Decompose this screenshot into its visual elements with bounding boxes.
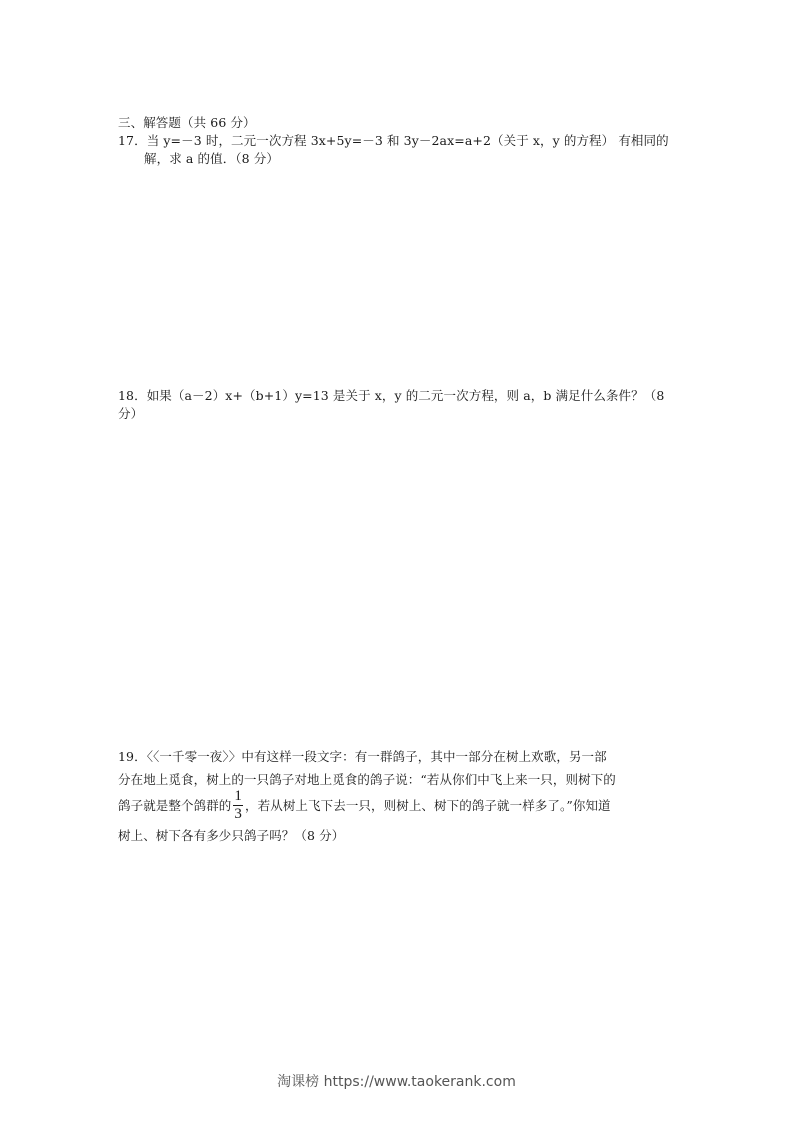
question-18-line-2: 分） <box>118 406 143 422</box>
question-19-line-3-before: 鸽子就是整个鸽群的 <box>118 798 231 813</box>
fraction-numerator: 1 <box>233 789 243 806</box>
fraction-one-third: 13 <box>233 789 243 822</box>
question-19-line-2: 分在地上觅食，树上的一只鸽子对地上觅食的鸽子说：“若从你们中飞上来一只，则树下的 <box>118 772 616 788</box>
section-heading: 三、解答题（共 66 分） <box>118 115 256 131</box>
question-19-line-1: 19．〈〈一千零一夜〉〉中有这样一段文字：有一群鸽子，其中一部分在树上欢歌，另一… <box>118 749 607 765</box>
question-19-line-3: 鸽子就是整个鸽群的13，若从树上飞下去一只，则树上、树下的鸽子就一样多了。”你知… <box>118 789 611 823</box>
question-17-line-1: 17．当 y=－3 时，二元一次方程 3x+5y=－3 和 3y－2ax=a+2… <box>118 133 669 149</box>
question-19-line-4: 树上、树下各有多少只鸽子吗？（8 分） <box>118 828 344 844</box>
question-19-line-3-after: ，若从树上飞下去一只，则树上、树下的鸽子就一样多了。”你知道 <box>245 798 611 813</box>
question-18-line-1: 18．如果（a－2）x+（b+1）y=13 是关于 x，y 的二元一次方程，则 … <box>118 388 664 404</box>
footer-watermark: 淘课榜 https://www.taokerank.com <box>0 1071 793 1091</box>
question-17-line-2: 解，求 a 的值．（8 分） <box>144 151 279 167</box>
fraction-denominator: 3 <box>233 806 243 822</box>
